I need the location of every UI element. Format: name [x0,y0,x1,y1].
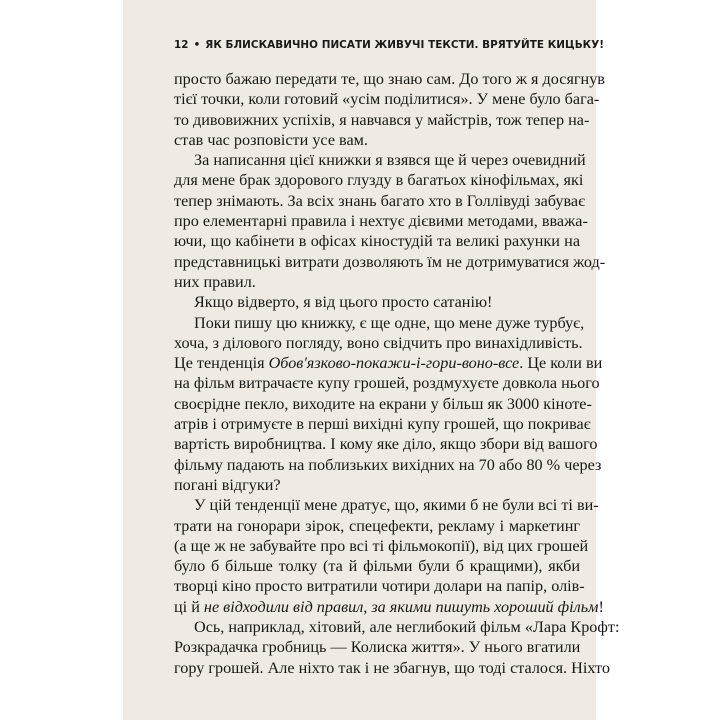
text-line: було б більше толку (та й фільми були б … [174,556,580,576]
text-line: про елементарні правила і нехтує дієвими… [174,211,580,231]
running-header: 12•ЯК БЛИСКАВИЧНО ПИСАТИ ЖИВУЧІ ТЕКСТИ. … [174,39,594,51]
bullet-separator: • [194,39,201,51]
text-line-mixed: Це тенденція Обов'язково-покажи-і-гори-в… [174,353,580,373]
text-line: Поки пишу цю книжку, є ще одне, що мене … [174,313,580,333]
body-text: просто бажаю передати те, що знаю сам. Д… [174,69,580,678]
text-line: погані відгуки? [174,475,580,495]
text-line: творці кіно просто витратили чотири дола… [174,576,580,596]
text-line-mixed: ці й не відходили від правил, за якими п… [174,597,580,617]
text-line: представницькі витрати дозволяють їм не … [174,252,580,272]
italic-phrase: Обов'язково-покажи-і-гори-воно-все [269,354,520,372]
text-line: Ось, наприклад, хітовий, але неглибокий … [174,617,580,637]
text-line: то дивовижних успіхів, я навчався у майс… [174,110,580,130]
text-run: ! [598,598,603,616]
text-line: хоча, з ділового погляду, воно свідчить … [174,333,580,353]
text-line: тієї точки, коли готовий «усім поділитис… [174,89,580,109]
text-line: своєрідне пекло, виходите на екрани у бі… [174,394,580,414]
text-run: Це тенденція [174,354,269,372]
text-line: став час розповісти усе вам. [174,130,580,150]
text-line: для мене брак здорового глузду в багатьо… [174,170,580,190]
text-line: ючи, що кабінети в офісах кіностудій та … [174,231,580,251]
text-line: фільму падають на поблизьких вихідних на… [174,455,580,475]
text-line: трати на гонорари зірок, спецефекти, рек… [174,516,580,536]
page-number: 12 [174,39,189,51]
text-line: тепер знімають. За всіх знань багато хто… [174,191,580,211]
book-title: ЯК БЛИСКАВИЧНО ПИСАТИ ЖИВУЧІ ТЕКСТИ. ВРЯ… [205,39,604,51]
text-line: просто бажаю передати те, що знаю сам. Д… [174,69,580,89]
text-line: (а ще ж не забувайте про всі ті фільмоко… [174,536,580,556]
text-run: . Це коли ви [519,354,602,372]
text-line: Розкрадачка гробниць — Колиска життя». У… [174,637,580,657]
text-line: гору грошей. Але ніхто так і не збагнув,… [174,658,580,678]
text-line: За написання цієї книжки я взявся ще й ч… [174,150,580,170]
text-line: них правил. [174,272,580,292]
text-line: У цій тенденції мене дратує, що, якими б… [174,495,580,515]
text-line: вартість виробництва. І кому яке діло, я… [174,434,580,454]
text-line: Якщо відверто, я від цього просто сатані… [174,292,580,312]
text-line: на фільм витрачаєте купу грошей, роздмух… [174,373,580,393]
italic-phrase: не відходили від правил, за якими пишуть… [204,598,599,616]
text-line: атрів і отримуєте в перші вихідні купу г… [174,414,580,434]
text-run: ці й [174,598,204,616]
